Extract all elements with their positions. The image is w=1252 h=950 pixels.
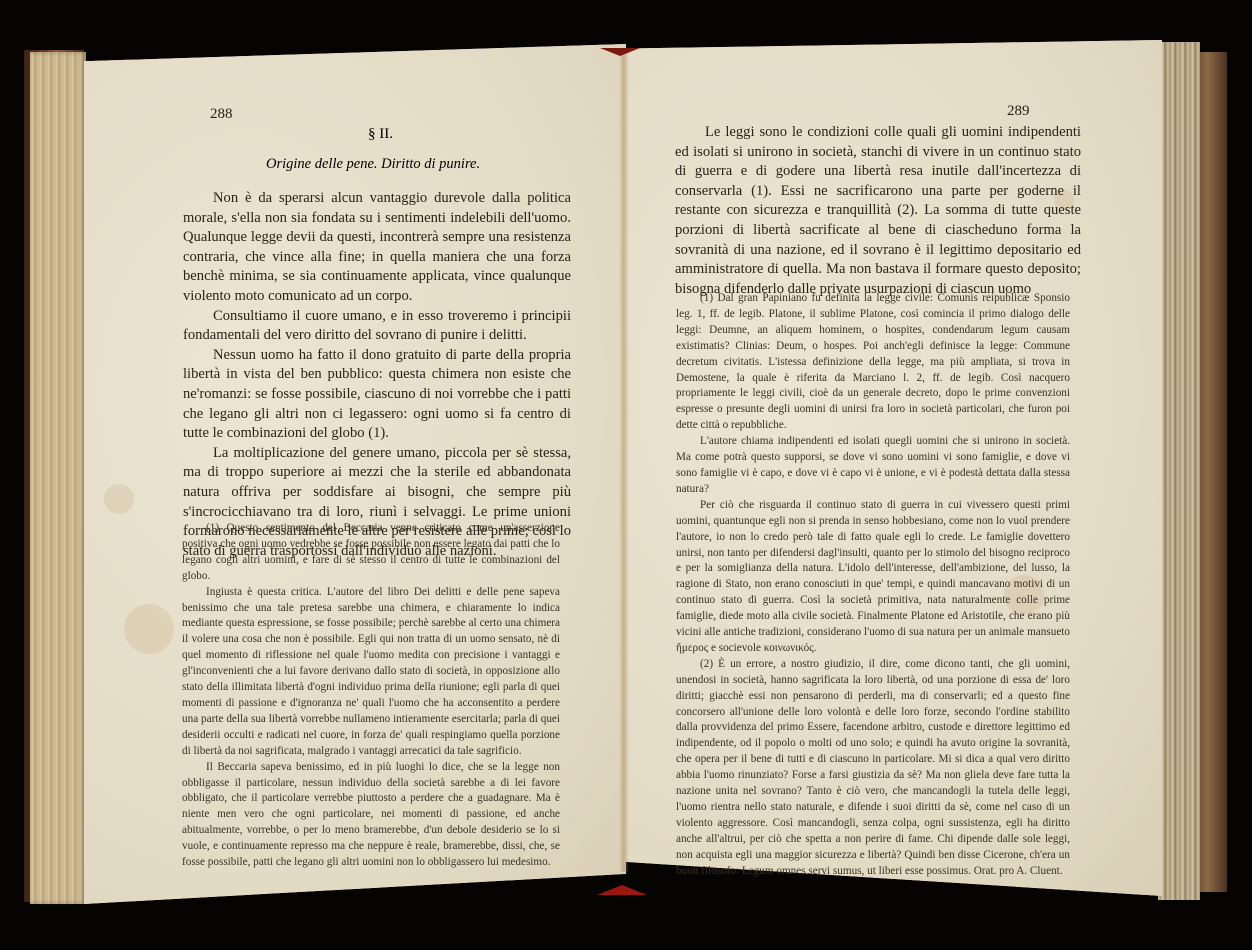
book-gutter xyxy=(619,52,629,872)
footnote-paragraph: (2) È un errore, a nostro giudizio, il d… xyxy=(676,657,1070,880)
ribbon-headband-bottom xyxy=(597,885,647,895)
body-paragraph: Nessun uomo ha fatto il dono gratuito di… xyxy=(183,346,571,444)
right-page-edges xyxy=(1158,42,1200,900)
paper-stain xyxy=(124,604,174,654)
footnote-paragraph: Per ciò che risguarda il continuo stato … xyxy=(676,498,1070,657)
left-page-edges xyxy=(30,52,86,904)
right-footnotes: (1) Dal gran Papiniano fu definita la le… xyxy=(676,291,1070,880)
footnote-paragraph: Ingiusta è questa critica. L'autore del … xyxy=(182,585,560,760)
footnote-paragraph: L'autore chiama indipendenti ed isolati … xyxy=(676,434,1070,498)
section-heading: § II. xyxy=(368,126,393,143)
open-book: 288 § II. Origine delle pene. Diritto di… xyxy=(0,0,1252,950)
left-body-text: Non è da sperarsi alcun vantaggio durevo… xyxy=(183,189,571,561)
footnote-paragraph: (1) Questo sentimento del Beccaria venne… xyxy=(182,521,560,585)
footnote-paragraph: Il Beccaria sapeva benissimo, ed in più … xyxy=(182,760,560,871)
footnote-paragraph: (1) Dal gran Papiniano fu definita la le… xyxy=(676,291,1070,434)
left-footnotes: (1) Questo sentimento del Beccaria venne… xyxy=(182,521,560,871)
paper-stain xyxy=(104,484,134,514)
chapter-title: Origine delle pene. Diritto di punire. xyxy=(266,156,480,173)
body-paragraph: Non è da sperarsi alcun vantaggio durevo… xyxy=(183,189,571,307)
right-body-text: Le leggi sono le condizioni colle quali … xyxy=(675,123,1081,299)
body-paragraph: Le leggi sono le condizioni colle quali … xyxy=(675,123,1081,299)
body-paragraph: Consultiamo il cuore umano, e in esso tr… xyxy=(183,307,571,346)
left-page-number: 288 xyxy=(210,106,233,123)
right-page-number: 289 xyxy=(1007,103,1030,120)
